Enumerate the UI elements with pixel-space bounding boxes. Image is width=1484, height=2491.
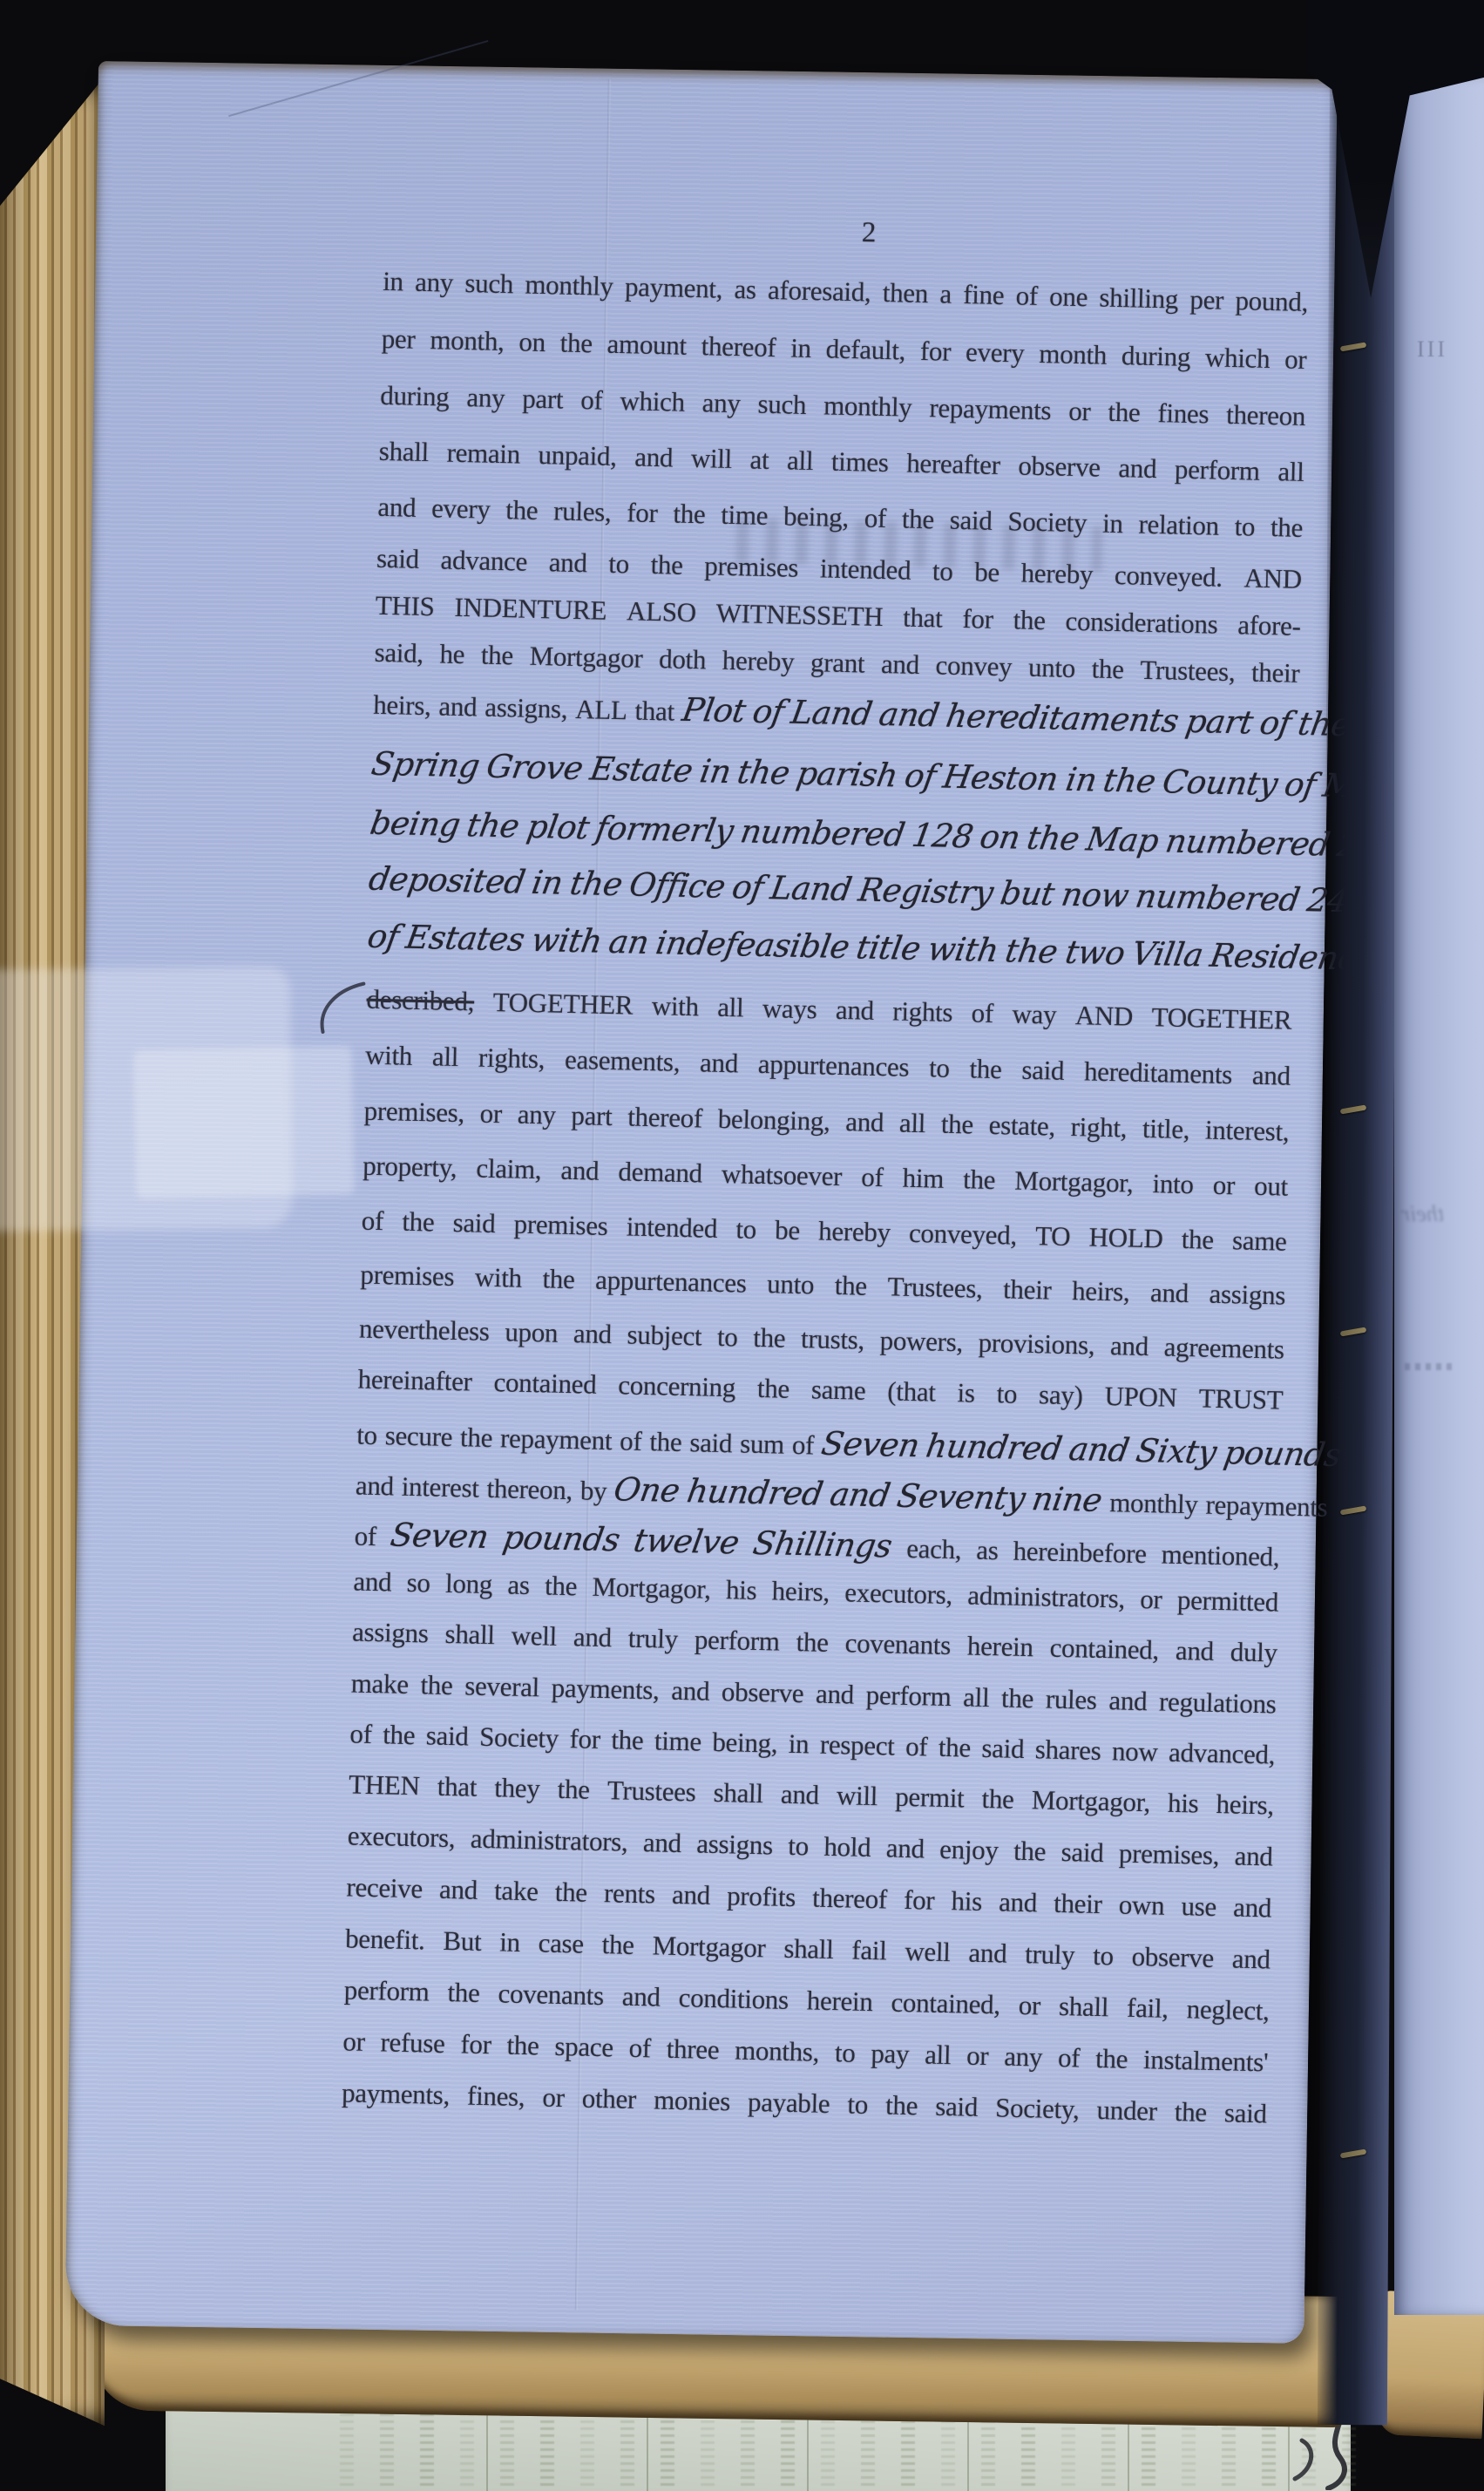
printed-word: which [620, 385, 685, 418]
handwritten-word: parish [795, 755, 901, 794]
handwritten-word: and [876, 696, 941, 734]
printed-word: and [621, 1981, 661, 2013]
printed-word: of [354, 1520, 376, 1552]
handwritten-word: Grove [484, 748, 586, 787]
printed-word: said [425, 1720, 469, 1752]
printed-word: executors, [347, 1820, 455, 1854]
printed-word: a [939, 278, 952, 309]
printed-word: same [811, 1374, 866, 1406]
printed-word: contained [493, 1367, 597, 1401]
handwritten-word: the [1101, 762, 1158, 800]
printed-word: and [1110, 1330, 1149, 1362]
book-gutter-shadow [1318, 66, 1399, 2425]
facing-page: III their [1394, 75, 1484, 2315]
printed-word: thereon [1226, 399, 1306, 432]
printed-word: the [969, 1053, 1002, 1085]
printed-word: to [717, 1321, 738, 1354]
printed-word: say) [1039, 1379, 1083, 1411]
printed-word: any [1004, 2041, 1043, 2074]
handwritten-word: the [464, 806, 522, 845]
printed-word: the [650, 549, 683, 581]
printed-word: then [882, 277, 928, 309]
printed-word: thereof [812, 1883, 887, 1916]
printed-word: fail, [1127, 1992, 1169, 2025]
printed-word: perform [865, 1680, 952, 1713]
printed-word: take [494, 1875, 539, 1907]
printed-word: and [968, 1938, 1007, 1970]
printed-word: his [1168, 1788, 1199, 1820]
printed-word: the [1001, 1682, 1034, 1714]
printed-word: the [420, 1669, 453, 1701]
printed-word: of [864, 502, 886, 534]
document-line: andeverytherules,forthetimebeing,ofthesa… [377, 492, 1304, 553]
printed-word: thereon, [486, 1473, 573, 1506]
printed-word: and [548, 546, 587, 579]
printed-word: observe [1018, 450, 1101, 483]
printed-word: all [1277, 456, 1304, 488]
printed-word: pay [871, 2038, 910, 2070]
printed-word: Mortgagor, [592, 1571, 711, 1605]
handwritten-word: the [735, 753, 792, 791]
printed-word: heirs, [1216, 1788, 1274, 1821]
printed-word: and [353, 1565, 392, 1598]
printed-word: to [735, 1213, 756, 1245]
printed-word: all [925, 2039, 952, 2071]
printed-word: said [689, 1427, 733, 1459]
printed-word: agreements [1163, 1332, 1284, 1366]
printed-word: with [651, 990, 699, 1022]
printed-word: appurtenances [757, 1049, 909, 1083]
document-line: described,TOGETHERwithallwaysandrightsof… [366, 984, 1292, 1045]
printed-word: by [580, 1475, 607, 1507]
printed-word: to [356, 1420, 377, 1452]
handwritten-word: now [1059, 876, 1131, 915]
printed-word: being, [712, 1727, 778, 1760]
printed-word: the [834, 1270, 867, 1302]
printed-word: powers, [879, 1325, 963, 1358]
printed-word: said, [374, 637, 424, 669]
printed-word: observe [1131, 1941, 1214, 1974]
printed-word: Society, [995, 2092, 1080, 2125]
printed-word: be [974, 556, 999, 588]
printed-word: all [432, 1041, 459, 1073]
printed-word: aforesaid, [768, 275, 871, 309]
showthrough-mark: III [1417, 336, 1447, 363]
printed-word: payment, [625, 271, 723, 305]
handwritten-word: hundred [684, 1472, 825, 1512]
printed-word: fines [1157, 397, 1210, 430]
printed-word: the [383, 1719, 416, 1751]
printed-word: of [1058, 2042, 1081, 2074]
handwritten-word: of [749, 693, 786, 731]
printed-word: their [1251, 657, 1300, 689]
handwritten-word: hereditaments [943, 697, 1181, 740]
printed-word: in [788, 1728, 809, 1761]
showthrough-smudge [1405, 1363, 1457, 1370]
handwritten-word: of [903, 757, 939, 796]
printed-word: contained, [891, 1987, 1000, 2021]
printed-word: make [350, 1667, 409, 1700]
document-line: benefit.ButincasetheMortgagorshallfailwe… [345, 1923, 1271, 1984]
document-line: THENthattheytheTrusteesshallandwillpermi… [349, 1768, 1275, 1829]
printed-word: the [941, 1109, 974, 1141]
printed-word: for [920, 336, 952, 368]
printed-word: the [1013, 1836, 1047, 1868]
handwritten-word: Heston [941, 758, 1061, 798]
printed-word: shilling [1099, 282, 1178, 316]
printed-word: under [1096, 2094, 1157, 2128]
printed-word: and [1150, 1277, 1189, 1309]
printed-word: well [511, 1620, 557, 1653]
printed-word: assigns, [485, 692, 568, 725]
printed-word: hereinafter [357, 1364, 472, 1398]
printed-word: or [966, 2040, 989, 2073]
printed-word: into [1152, 1168, 1194, 1200]
printed-word: in [383, 266, 403, 298]
printed-word: Mortgagor, [1014, 1165, 1134, 1199]
printed-word: TOGETHER [492, 987, 633, 1022]
printed-word: that [903, 602, 943, 635]
printed-word: such [464, 268, 513, 300]
printed-word: is [957, 1377, 975, 1408]
document-line: orrefuseforthespaceofthreemonths,topayal… [342, 2026, 1269, 2087]
printed-word: own [1118, 1890, 1164, 1922]
printed-word: and [1108, 1685, 1148, 1717]
handwritten-word: an [606, 923, 652, 961]
printed-word: shall [783, 1933, 834, 1965]
printed-word: truly [627, 1623, 678, 1655]
printed-word: all [963, 1681, 990, 1714]
printed-word: trusts, [801, 1323, 865, 1356]
printed-word: respect [820, 1729, 895, 1762]
printed-word: relation [1138, 509, 1219, 542]
printed-word: said [1224, 2097, 1268, 2129]
printed-word: AND [1074, 1000, 1133, 1032]
printed-word: shall [444, 1619, 495, 1651]
handwritten-word: Map [1084, 820, 1162, 859]
printed-word: and [671, 1675, 710, 1707]
printed-word: any [517, 1099, 556, 1131]
printed-word: one [1049, 281, 1088, 313]
handwritten-word: of [729, 868, 766, 906]
printed-word: that [437, 1771, 477, 1803]
printed-word: said [935, 2091, 979, 2123]
handwritten-word: 128 [909, 817, 975, 855]
document-line: andsolongastheMortgagor,hisheirs,executo… [353, 1565, 1279, 1626]
printed-word: all [899, 1108, 926, 1140]
printed-word: conveyed, [909, 1218, 1018, 1252]
printed-word: premises [704, 550, 799, 583]
printed-word: and [881, 648, 920, 681]
printed-word: thereof [701, 330, 776, 363]
handwritten-word: nine [1030, 1480, 1105, 1519]
printed-word: to [608, 548, 629, 580]
printed-word: part [571, 1100, 613, 1132]
printed-word: to [835, 2037, 856, 2069]
handwritten-word: Land [768, 869, 854, 908]
handwritten-word: of [365, 918, 402, 956]
printed-word: hereby [722, 645, 794, 678]
handwritten-word: Estate [587, 750, 695, 789]
printed-word: and [438, 690, 478, 723]
printed-word: said [452, 1207, 496, 1239]
handwritten-word: but [998, 874, 1057, 913]
printed-word: conditions [678, 1982, 789, 2016]
printed-word: Mortgagor [529, 641, 643, 675]
document-line: ofthesaidSocietyforthetimebeing,inrespec… [349, 1718, 1276, 1779]
printed-word: property, [363, 1150, 457, 1184]
printed-word: any [415, 267, 454, 299]
printed-word: the [939, 1732, 972, 1764]
printed-word: time [654, 1725, 702, 1757]
printed-word: and [836, 994, 875, 1027]
printed-word: they [494, 1772, 540, 1804]
printed-word: and [1176, 1635, 1215, 1667]
printed-word: executors, [844, 1577, 952, 1611]
printed-word: heirs, [373, 689, 431, 722]
printed-word: now [1112, 1735, 1158, 1768]
printed-word: said [1060, 1836, 1104, 1869]
printed-word: rents [604, 1877, 656, 1910]
printed-word: title, [1142, 1113, 1190, 1145]
printed-word: enjoy [939, 1834, 999, 1867]
printed-word: benefit. [345, 1923, 425, 1956]
printed-word: on [518, 326, 545, 358]
printed-word: instalments' [1143, 2044, 1269, 2078]
handwritten-word: Plot [679, 691, 748, 730]
handwritten-word: of [1282, 766, 1318, 804]
document-line: receiveandtaketherentsandprofitsthereoff… [346, 1871, 1272, 1932]
printed-word: premises [513, 1209, 608, 1242]
printed-word: or [1284, 343, 1307, 376]
printed-word: or [479, 1098, 502, 1130]
printed-word: all [787, 445, 814, 477]
printed-word: contained, [1049, 1632, 1159, 1666]
printed-word: TRUST [1198, 1382, 1283, 1415]
printed-word: use [1181, 1890, 1216, 1923]
printed-word: default, [825, 333, 905, 366]
document-line: hereinaftercontainedconcerningthesame(th… [357, 1364, 1284, 1425]
printed-word: of [792, 1429, 815, 1462]
printed-word: amount [606, 329, 687, 362]
printed-word: observe [722, 1676, 804, 1709]
printed-word: ALSO [627, 595, 697, 628]
document-line: inanysuchmonthlypayment,asaforesaid,then… [383, 266, 1309, 327]
printed-word: and [439, 1874, 478, 1906]
printed-word: provisions, [978, 1327, 1094, 1361]
printed-word: to [788, 1830, 809, 1863]
printed-word: time [721, 499, 769, 532]
handwritten-word: One [612, 1470, 683, 1510]
printed-word: all [717, 992, 744, 1024]
handwritten-word: twelve [631, 1522, 742, 1562]
document-text-block: inanysuchmonthlypayment,asaforesaid,then… [338, 65, 1313, 2282]
printed-word: pound, [1235, 285, 1308, 318]
printed-word: ALL [575, 694, 627, 726]
handwritten-word: the [1003, 932, 1060, 970]
printed-word: (that [887, 1375, 936, 1408]
printed-word: belonging, [717, 1103, 830, 1137]
printed-word: long [445, 1568, 493, 1600]
printed-word: secure [384, 1420, 452, 1453]
printed-word: demand [618, 1156, 702, 1189]
printed-word: WITNESSETH [715, 598, 883, 633]
printed-word: in [790, 333, 811, 365]
printed-word: the [1174, 2096, 1207, 2128]
handwritten-word: Shillings [750, 1524, 894, 1565]
handwritten-word: two [1062, 933, 1127, 972]
printed-word: the [1181, 1224, 1214, 1256]
printed-word: Trustees, [887, 1271, 983, 1304]
printed-word: their [1003, 1273, 1052, 1306]
printed-word: and [1234, 1841, 1273, 1873]
document-line: performthecovenantsandconditionshereinco… [343, 1974, 1270, 2035]
printed-word: and [1118, 452, 1157, 485]
printed-word: and [845, 1106, 884, 1138]
printed-word: rules, [553, 495, 612, 527]
printed-word: payments, [342, 2077, 451, 2111]
printed-word: the [402, 1206, 435, 1239]
printed-word: grant [810, 647, 865, 679]
handwritten-word: on [978, 818, 1023, 857]
printed-word: and [885, 1832, 925, 1864]
scanned-book-photo: 2 inanysuchmonthlypayment,asaforesaid,th… [0, 0, 1484, 2491]
handwritten-word: part [1182, 703, 1255, 742]
printed-word: and [560, 1155, 600, 1187]
printed-word: perform [695, 1624, 781, 1657]
printed-word: the [559, 327, 593, 359]
handwritten-word: plot [524, 808, 592, 846]
handwritten-word: indefeasible [654, 924, 852, 966]
printed-word: remain [446, 438, 520, 471]
printed-word: permitted [1177, 1585, 1279, 1619]
printed-word: fail [851, 1935, 887, 1967]
printed-word: the [447, 1977, 480, 2009]
printed-word: monthly [823, 390, 912, 423]
printed-word: heirs, [1072, 1275, 1130, 1307]
printed-word: way [1012, 998, 1057, 1030]
printed-word: as [507, 1569, 530, 1601]
printed-word: hereafter [906, 448, 1000, 481]
printed-word: the [963, 1164, 996, 1196]
printed-word: of [620, 1425, 642, 1457]
handwritten-word: Registry [857, 872, 997, 912]
printed-word: part [522, 383, 564, 416]
showthrough-text: their [1401, 1201, 1444, 1227]
printed-word: whatsoever [722, 1158, 843, 1192]
printed-word: every [431, 492, 491, 526]
printed-word: covenants [844, 1627, 951, 1661]
printed-word: truly [1025, 1938, 1075, 1971]
printed-word: perform [343, 1974, 430, 2007]
document-line: andinterestthereon,byOnehundredandSevent… [355, 1465, 1281, 1526]
printed-word: repayments [1205, 1490, 1328, 1524]
printed-word: or [542, 2082, 565, 2114]
handwritten-word: and [1067, 1430, 1132, 1469]
printed-word: and [1231, 1943, 1271, 1975]
printed-word: herein [806, 1985, 872, 2018]
handwritten-word: title [854, 928, 924, 967]
printed-word: payable [748, 2087, 830, 2120]
printed-word: well [905, 1936, 951, 1968]
printed-word: thereof [627, 1101, 702, 1134]
printed-word: in [499, 1926, 520, 1958]
printed-word: mentioned, [1161, 1539, 1279, 1573]
printed-word: receive [346, 1871, 423, 1904]
printed-word: and [781, 1779, 820, 1811]
handwritten-word: Sixty [1134, 1432, 1219, 1471]
printed-word: the [1108, 397, 1141, 429]
printed-word: the [981, 1783, 1014, 1816]
printed-word: and [672, 1879, 711, 1911]
printed-word: space [554, 2031, 613, 2064]
handwritten-word: with [529, 921, 605, 960]
printed-word: to [847, 2089, 868, 2121]
printed-word: payments, [551, 1673, 660, 1707]
document-line: withallrights,easements,andappurtenances… [365, 1040, 1291, 1101]
printed-word: the [1095, 2043, 1128, 2075]
printed-word: Mortgagor [652, 1930, 766, 1964]
document-line: ofSevenpoundstwelveShillingseach,asherei… [354, 1515, 1280, 1576]
printed-word: fines, [467, 2080, 525, 2113]
printed-word: of [971, 997, 993, 1029]
printed-word: any [466, 382, 505, 414]
printed-word: for [904, 1884, 935, 1917]
printed-word: and [573, 1318, 613, 1350]
printed-word: convey [935, 649, 1013, 682]
printed-word: month [1039, 338, 1108, 371]
printed-word: rights, [478, 1042, 545, 1076]
printed-word: he [439, 638, 464, 670]
printed-word: premises, [1119, 1837, 1220, 1871]
printed-word: Society [479, 1721, 559, 1755]
printed-word: or [342, 2026, 365, 2058]
printed-word: same [1232, 1225, 1287, 1257]
printed-word: nevertheless [359, 1313, 490, 1347]
printed-word: the [554, 1877, 587, 1909]
handwritten-word: numbered [1163, 822, 1333, 863]
printed-word: be [775, 1214, 800, 1246]
printed-word: and [816, 1679, 855, 1711]
printed-word: assigns [696, 1828, 773, 1861]
printed-word: other [581, 2083, 636, 2115]
printed-word: hereinbefore [1013, 1536, 1147, 1570]
printed-word: the [505, 494, 539, 526]
handwritten-word: Land [788, 694, 874, 733]
printed-word: at [749, 444, 769, 475]
printed-word: premises [360, 1259, 455, 1293]
printed-word: and [700, 1047, 739, 1079]
handwritten-word: being [368, 804, 463, 844]
handwritten-word: Villa [1128, 935, 1205, 974]
printed-word: for [460, 2028, 491, 2060]
printed-word: upon [505, 1316, 559, 1348]
handwritten-word: in [697, 752, 734, 791]
printed-word: several [464, 1670, 539, 1703]
printed-word: and [634, 441, 674, 473]
printed-word: or [1212, 1170, 1235, 1202]
printed-word: during [1121, 340, 1191, 373]
printed-word: of [628, 2033, 651, 2065]
printed-word: to [996, 1378, 1017, 1410]
printed-word: of [1015, 280, 1038, 312]
printed-word: hold [823, 1831, 871, 1863]
document-line: ofEstateswithanindefeasibletitlewiththet… [368, 918, 1294, 979]
printed-word: HOLD [1088, 1222, 1163, 1255]
printed-word: being, [783, 500, 850, 533]
printed-word: advance [440, 544, 527, 577]
printed-word: with [475, 1262, 523, 1294]
